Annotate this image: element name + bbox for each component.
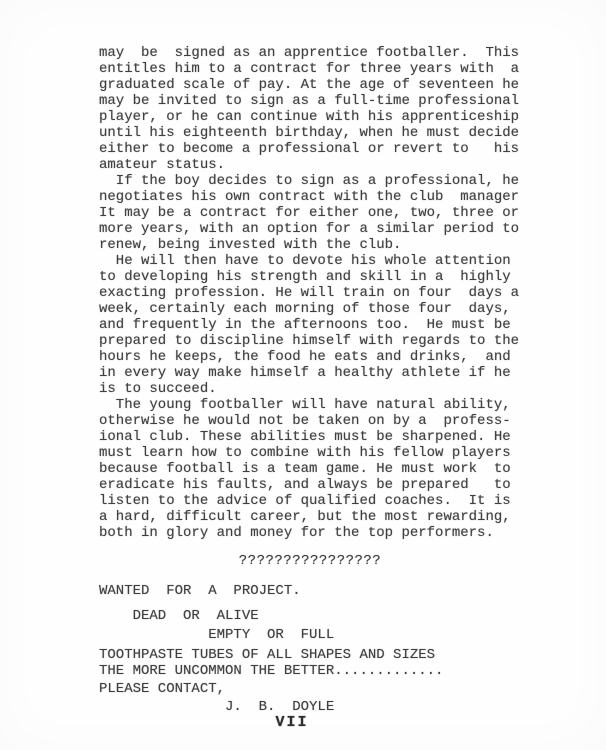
dead-or-alive-line: DEAD OR ALIVE	[99, 608, 521, 624]
please-contact-line: PLEASE CONTACT,	[99, 681, 521, 697]
document-page: may be signed as an apprentice footballe…	[0, 0, 606, 750]
empty-or-full-line: EMPTY OR FULL	[99, 627, 521, 643]
more-uncommon-line: THE MORE UNCOMMON THE BETTER............…	[99, 663, 521, 679]
toothpaste-tubes-line: TOOTHPASTE TUBES OF ALL SHAPES AND SIZES	[99, 647, 521, 663]
paragraph-training-discipline: He will then have to devote his whole at…	[99, 253, 521, 397]
paragraph-natural-ability: The young footballer will have natural a…	[99, 397, 521, 541]
contact-name-line: J. B. DOYLE	[99, 699, 521, 715]
wanted-heading: WANTED FOR A PROJECT.	[99, 583, 521, 599]
page-number: VII	[81, 715, 503, 731]
document-body: may be signed as an apprentice footballe…	[99, 45, 521, 731]
wanted-notice: WANTED FOR A PROJECT. DEAD OR ALIVE EMPT…	[99, 583, 521, 715]
paragraph-apprentice-signing: may be signed as an apprentice footballe…	[99, 45, 521, 173]
question-marks-divider: ????????????????	[99, 553, 521, 569]
paragraph-professional-contract: If the boy decides to sign as a professi…	[99, 173, 521, 253]
